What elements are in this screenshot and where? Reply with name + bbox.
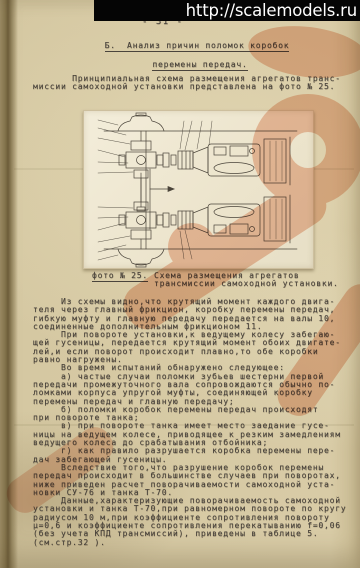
photo-caption-text: Схема размещения агрегатов трансмиссии с…	[154, 272, 339, 289]
photo-caption: фото № 25. Схема размещения агрегатов тр…	[92, 272, 339, 289]
section-heading-line2: перемены передач.	[43, 61, 357, 71]
body-paragraphs: Из схемы видно,что крутящий момент каждо…	[33, 298, 346, 547]
section-heading-line1: Б. Анализ причин поломок коробок	[40, 42, 354, 52]
site-url-text: http://scalemodels.ru	[186, 0, 357, 21]
site-url-banner: http://scalemodels.ru	[94, 0, 360, 21]
book-spine-shadow	[0, 0, 18, 568]
intro-paragraph: Принципиальная схема размещения агрегато…	[33, 75, 341, 92]
transmission-schematic-drawing	[84, 111, 313, 268]
photo-caption-label: фото № 25.	[92, 272, 148, 282]
photo-25-inset	[83, 110, 314, 269]
scanned-document-page: - 31 - Б. Анализ причин поломок коробок …	[0, 0, 360, 568]
